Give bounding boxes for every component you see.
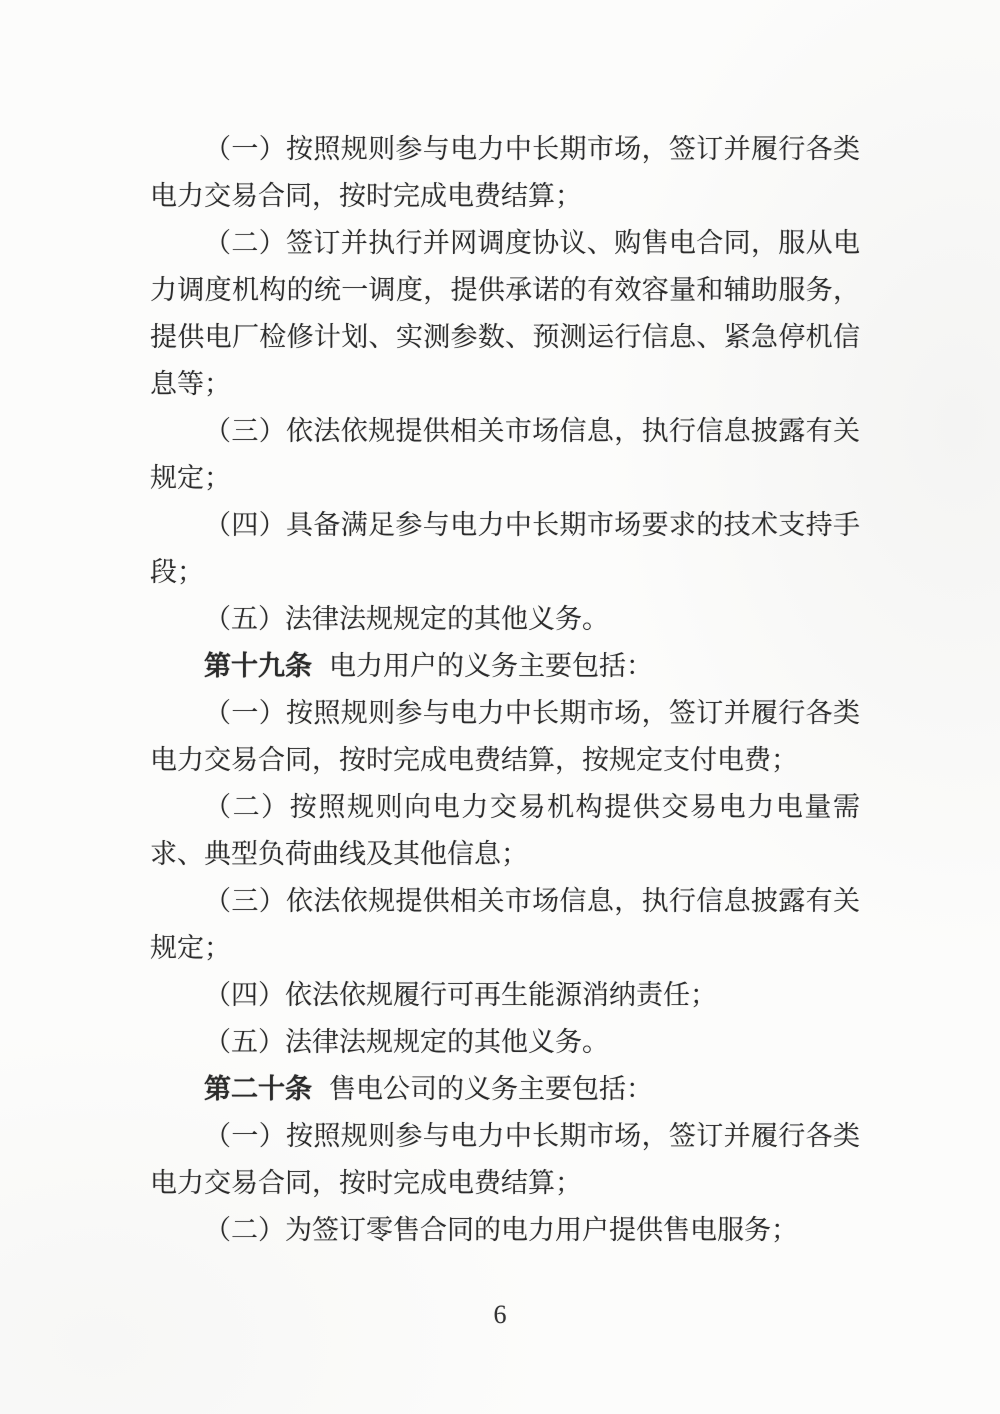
text-line: 电力交易合同，按时完成电费结算； bbox=[150, 173, 860, 220]
text-line: （四）具备满足参与电力中长期市场要求的技术支持手 bbox=[150, 502, 860, 549]
text-line: 力调度机构的统一调度，提供承诺的有效容量和辅助服务， bbox=[150, 267, 860, 314]
article-heading-line: 第十九条电力用户的义务主要包括： bbox=[150, 643, 860, 690]
page-number: 6 bbox=[0, 1295, 1000, 1335]
text-line: 电力交易合同，按时完成电费结算； bbox=[150, 1160, 860, 1207]
text-line: 电力交易合同，按时完成电费结算，按规定支付电费； bbox=[150, 737, 860, 784]
text-line: （一）按照规则参与电力中长期市场，签订并履行各类 bbox=[150, 690, 860, 737]
text-line: （二）按照规则向电力交易机构提供交易电力电量需 bbox=[150, 784, 860, 831]
text-line: （五）法律法规规定的其他义务。 bbox=[150, 1019, 860, 1066]
document-page: （一）按照规则参与电力中长期市场，签订并履行各类电力交易合同，按时完成电费结算；… bbox=[0, 0, 1000, 1414]
text-line: 段； bbox=[150, 549, 860, 596]
text-line: （二）为签订零售合同的电力用户提供售电服务； bbox=[150, 1207, 860, 1254]
text-line: 息等； bbox=[150, 361, 860, 408]
article-number: 第二十条 bbox=[204, 1074, 312, 1104]
text-line: 规定； bbox=[150, 455, 860, 502]
article-number: 第十九条 bbox=[204, 651, 312, 681]
text-line: （一）按照规则参与电力中长期市场，签订并履行各类 bbox=[150, 126, 860, 173]
text-line: （一）按照规则参与电力中长期市场，签订并履行各类 bbox=[150, 1113, 860, 1160]
text-line: （三）依法依规提供相关市场信息，执行信息披露有关 bbox=[150, 878, 860, 925]
text-line: （五）法律法规规定的其他义务。 bbox=[150, 596, 860, 643]
text-line: 提供电厂检修计划、实测参数、预测运行信息、紧急停机信 bbox=[150, 314, 860, 361]
text-line: （四）依法依规履行可再生能源消纳责任； bbox=[150, 972, 860, 1019]
text-line: 规定； bbox=[150, 925, 860, 972]
text-line: （三）依法依规提供相关市场信息，执行信息披露有关 bbox=[150, 408, 860, 455]
document-lines: （一）按照规则参与电力中长期市场，签订并履行各类电力交易合同，按时完成电费结算；… bbox=[150, 126, 860, 1254]
text-line: （二）签订并执行并网调度协议、购售电合同，服从电 bbox=[150, 220, 860, 267]
text-line: 求、典型负荷曲线及其他信息； bbox=[150, 831, 860, 878]
article-heading-line: 第二十条售电公司的义务主要包括： bbox=[150, 1066, 860, 1113]
